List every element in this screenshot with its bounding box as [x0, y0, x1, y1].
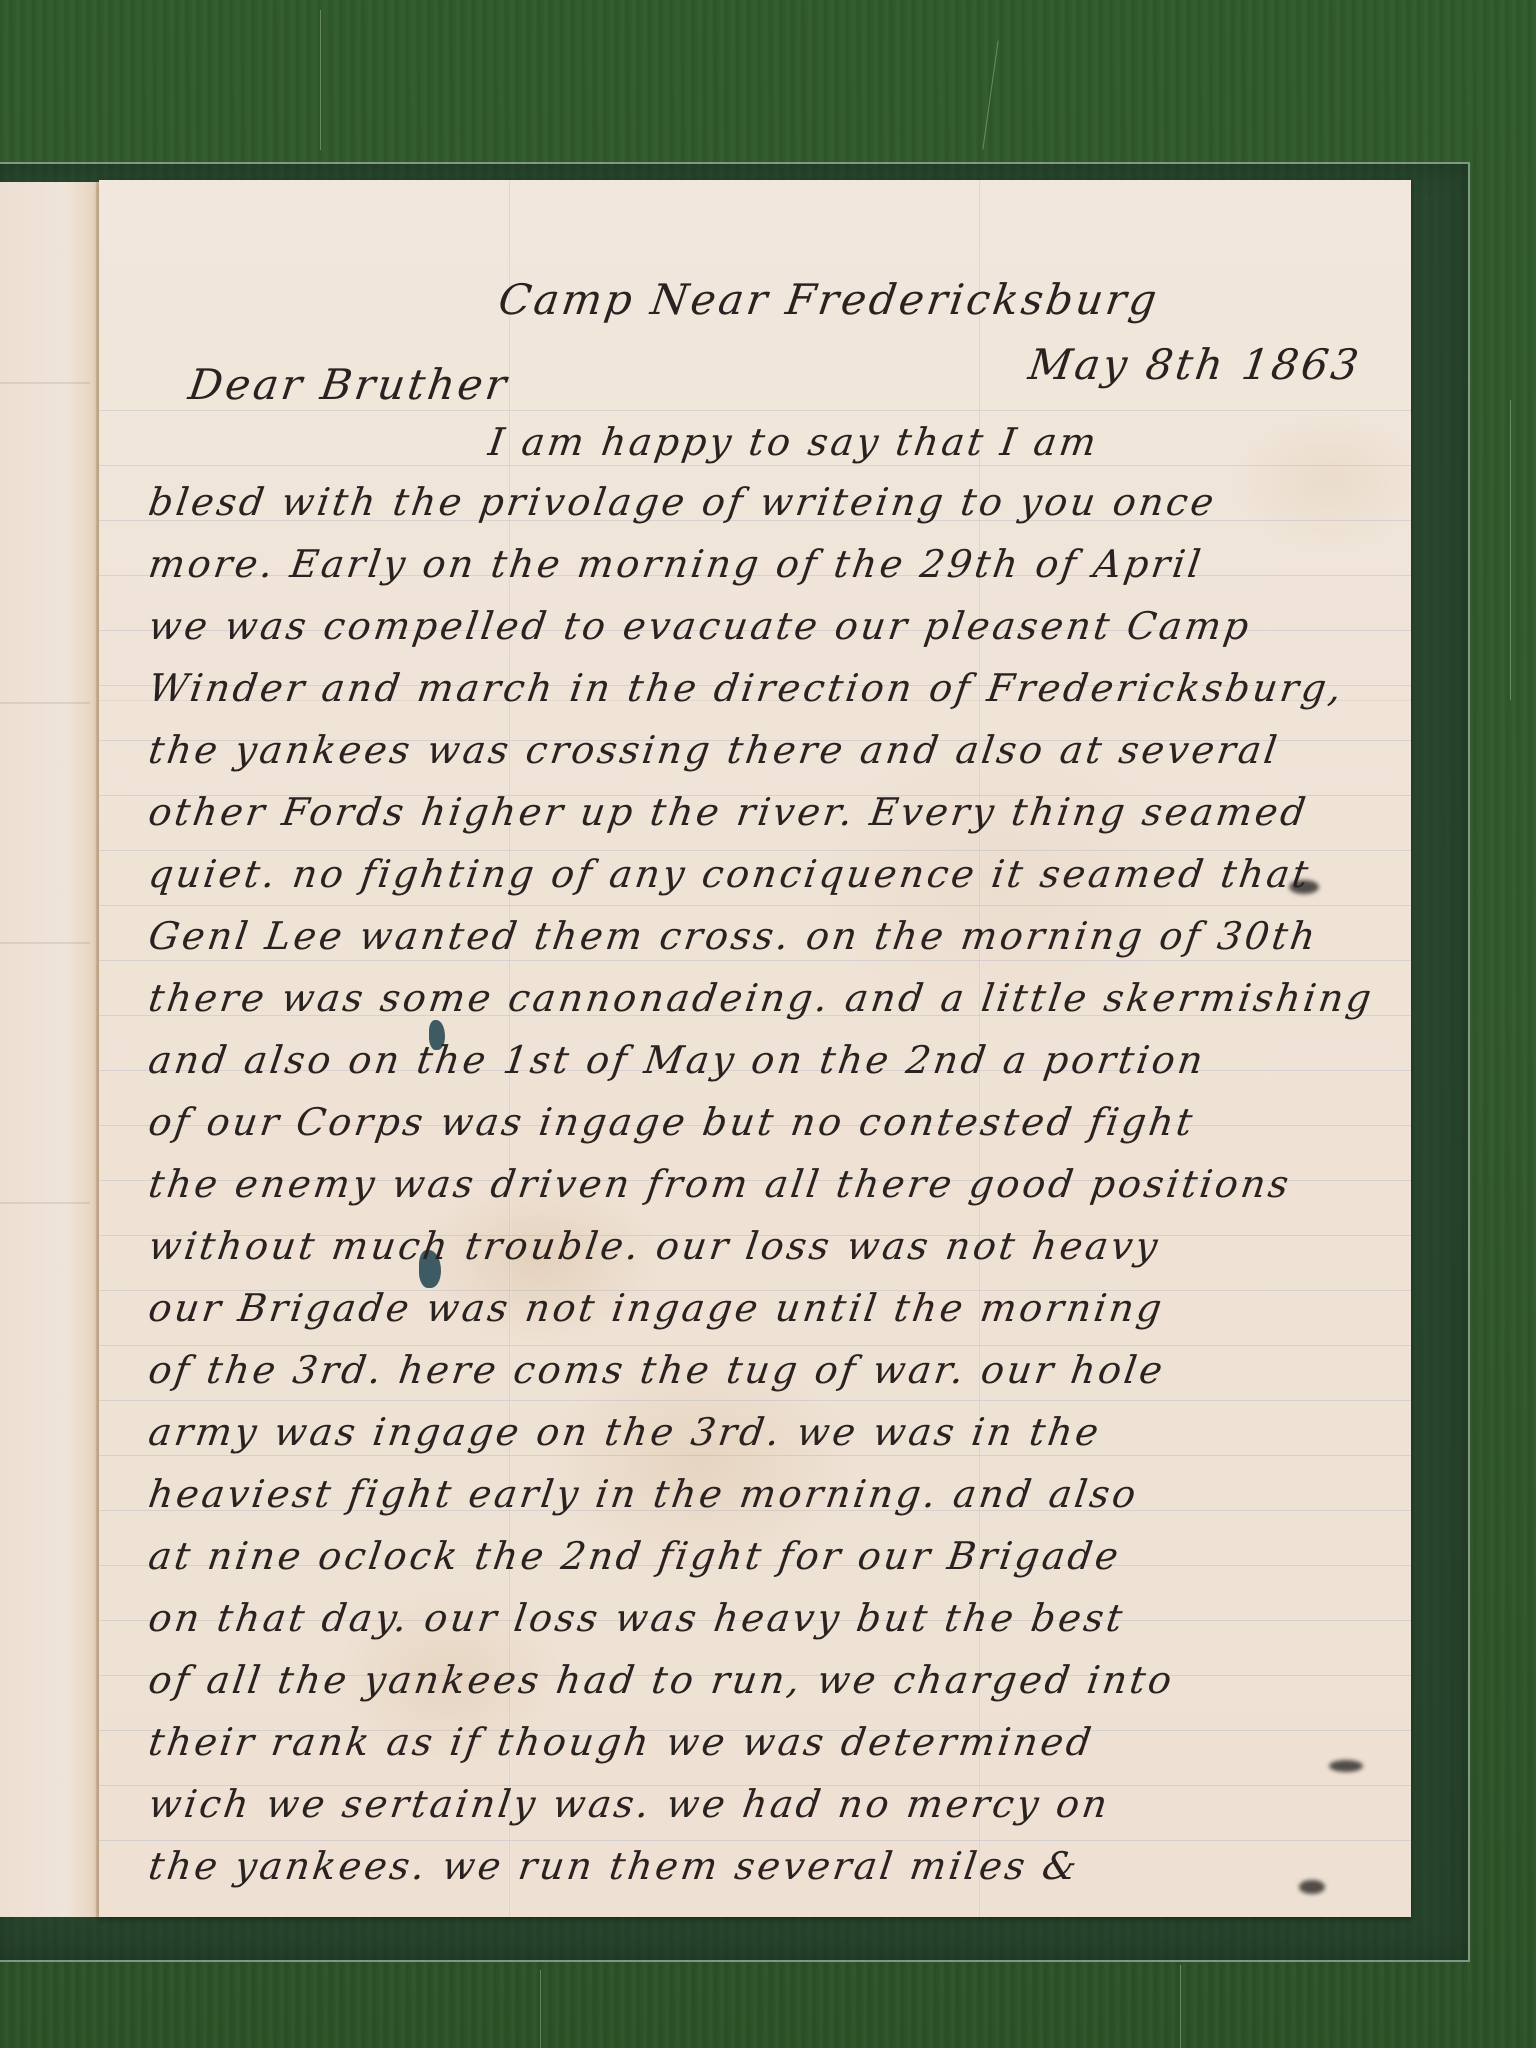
- letter-line: our Brigade was not ingage until the mor…: [146, 1286, 1167, 1330]
- letter-line: other Fords higher up the river. Every t…: [146, 790, 1311, 834]
- scratch: [1510, 400, 1511, 700]
- ink-smudge: [1299, 1880, 1325, 1894]
- left-sheet: [0, 182, 99, 1917]
- letter-place: Camp Near Fredericksburg: [496, 275, 1163, 324]
- letter-line: at nine oclock the 2nd fight for our Bri…: [146, 1534, 1124, 1578]
- letter-line: Winder and march in the direction of Fre…: [146, 666, 1347, 710]
- letter-line: the enemy was driven from all there good…: [146, 1162, 1294, 1206]
- letter-line: of our Corps was ingage but no contested…: [146, 1100, 1198, 1144]
- letter-line: I am happy to say that I am: [486, 420, 1102, 464]
- scratch: [320, 10, 321, 150]
- letter-line: and also on the 1st of May on the 2nd a …: [146, 1038, 1209, 1082]
- scratch: [982, 40, 998, 149]
- letter-line: blesd with the privolage of writeing to …: [146, 480, 1219, 524]
- scratch: [540, 1970, 541, 2048]
- letter-line: army was ingage on the 3rd. we was in th…: [146, 1410, 1104, 1454]
- letter-salutation: Dear Bruther: [186, 360, 513, 409]
- letter-line: of all the yankees had to run, we charge…: [146, 1658, 1177, 1702]
- letter-line: quiet. no fighting of any conciquence it…: [146, 852, 1314, 896]
- scratch: [1180, 1965, 1181, 2048]
- letter-line: the yankees was crossing there and also …: [146, 728, 1282, 772]
- letter-line: the yankees. we run them several miles &: [146, 1844, 1083, 1888]
- letter-date: May 8th 1863: [1026, 340, 1365, 389]
- letter-line: of the 3rd. here coms the tug of war. ou…: [146, 1348, 1168, 1392]
- letter-line: wich we sertainly was. we had no mercy o…: [146, 1782, 1113, 1826]
- letter-line: Genl Lee wanted them cross. on the morni…: [146, 914, 1321, 958]
- letter-page: Camp Near Fredericksburg May 8th 1863 De…: [99, 180, 1411, 1917]
- letter-line: heaviest fight early in the morning. and…: [146, 1472, 1142, 1516]
- ink-smudge: [1329, 1760, 1363, 1772]
- letter-line: more. Early on the morning of the 29th o…: [146, 542, 1206, 586]
- letter-line: there was some cannonadeing. and a littl…: [146, 976, 1377, 1020]
- letter-line: without much trouble. our loss was not h…: [146, 1224, 1163, 1268]
- letter-line: on that day. our loss was heavy but the …: [146, 1596, 1128, 1640]
- letter-line: we was compelled to evacuate our pleasen…: [146, 604, 1254, 648]
- letter-line: their rank as if though we was determine…: [146, 1720, 1097, 1764]
